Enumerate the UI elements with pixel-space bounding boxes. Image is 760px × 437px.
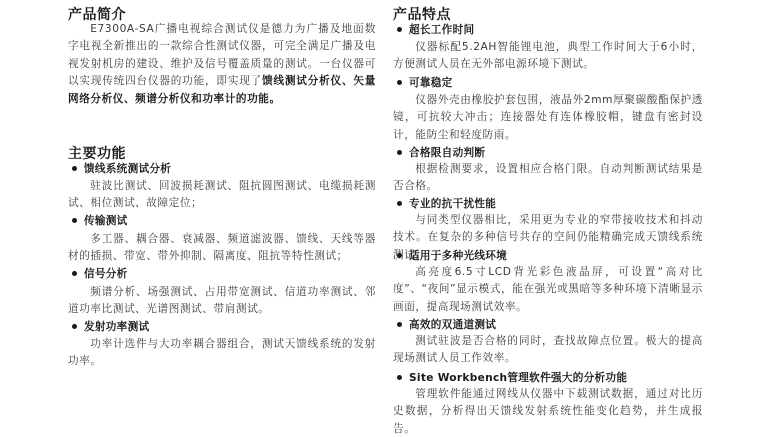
section-heading-features: 产品特点	[393, 4, 451, 24]
bullet-icon	[72, 324, 77, 329]
function-item-text: 多工器、耦合器、衰减器、频道滤波器、馈线、天线等器材的插损、带宽、带外抑制、隔离…	[68, 231, 376, 266]
function-item-title: 信号分析	[72, 266, 128, 281]
function-item-text: 驻波比测试、回波损耗测试、阻抗圆图测试、电缆损耗测试、相位测试、故障定位；	[68, 178, 376, 213]
feature-item-text: 根据检测要求，设置相应合格门限。自动判断测试结果是否合格。	[393, 161, 703, 196]
feature-item-title: Site Workbench管理软件强大的分析功能	[397, 370, 627, 385]
feature-item-text: 高亮度6.5寸LCD背光彩色液晶屏，可设置“高对比度”、“夜间”显示模式，能在强…	[393, 264, 703, 316]
function-item-text: 频谱分析、场强测试、占用带宽测试、信道功率测试、邻道功率比测试、光谱图测试、带肩…	[68, 284, 376, 319]
bullet-icon	[397, 375, 402, 380]
bullet-icon	[397, 27, 402, 32]
bullet-icon	[397, 253, 402, 258]
bullet-icon	[397, 322, 402, 327]
bullet-icon	[397, 80, 402, 85]
bullet-icon	[397, 150, 402, 155]
bullet-icon	[72, 218, 77, 223]
function-item-title: 馈线系统测试分析	[72, 161, 171, 176]
bullet-icon	[397, 201, 402, 206]
feature-item-title: 适用于多种光线环境	[397, 248, 507, 263]
feature-item-text: 仪器外壳由橡胶护套包围，液晶外2mm厚聚碳酸酯保护透镜，可抗较大冲击；连接器处有…	[393, 92, 703, 144]
feature-item-text: 管理软件能通过网线从仪器中下载测试数据，通过对比历史数据，分析得出天馈线发射系统…	[393, 386, 703, 437]
bullet-icon	[72, 271, 77, 276]
intro-paragraph: E7300A-SA广播电视综合测试仪是德力为广播及地面数字电视全新推出的一款综合…	[68, 21, 376, 108]
feature-item-title: 合格限自动判断	[397, 145, 485, 160]
feature-item-title: 高效的双通道测试	[397, 317, 496, 332]
feature-item-text: 测试驻波是否合格的同时，查找故障点位置。极大的提高现场测试人员工作效率。	[393, 333, 703, 368]
section-heading-functions: 主要功能	[68, 143, 126, 163]
feature-item-title: 可靠稳定	[397, 75, 453, 90]
function-item-title: 发射功率测试	[72, 319, 149, 334]
feature-item-title: 专业的抗干扰性能	[397, 196, 496, 211]
function-item-title: 传输测试	[72, 213, 128, 228]
function-item-text: 功率计选件与大功率耦合器组合，测试天馈线系统的发射功率。	[68, 336, 376, 371]
feature-item-text: 仪器标配5.2AH智能锂电池，典型工作时间大于6小时，方便测试人员在无外部电源环…	[393, 39, 703, 74]
feature-item-title: 超长工作时间	[397, 22, 474, 37]
bullet-icon	[72, 166, 77, 171]
